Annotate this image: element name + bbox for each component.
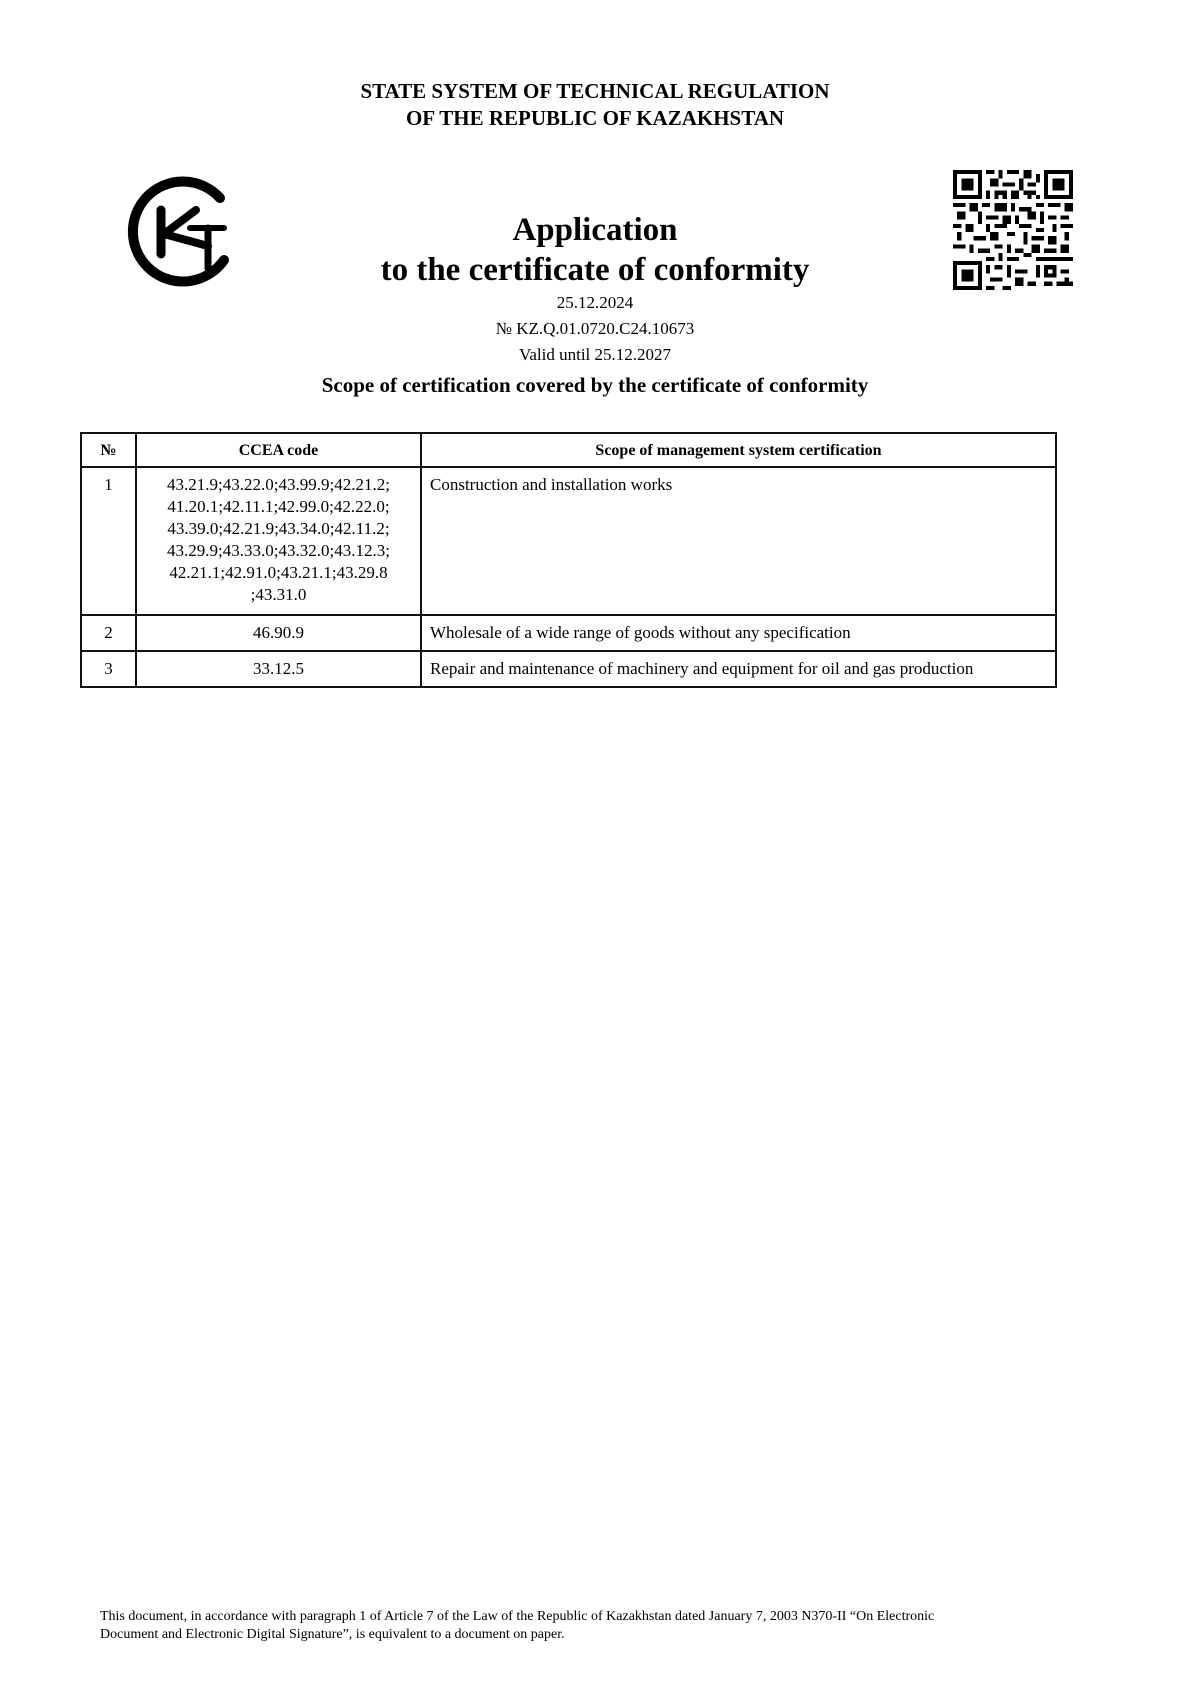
ccea-code-line: 43.21.9;43.22.0;43.99.9;42.21.2; [145,474,412,496]
certificate-number: № KZ.Q.01.0720.C24.10673 [0,316,1190,342]
table-header-row: № CCEA code Scope of management system c… [81,433,1056,467]
column-header-ccea-code: CCEA code [136,433,421,467]
document-subtitle: to the certificate of conformity [0,250,1190,290]
legal-footer-note: This document, in accordance with paragr… [100,1608,1070,1644]
row-number: 2 [81,615,136,651]
ccea-code-cell: 46.90.9 [136,615,421,651]
footer-line-1: This document, in accordance with paragr… [100,1608,1070,1626]
issuing-authority-header: STATE SYSTEM OF TECHNICAL REGULATION OF … [0,78,1190,132]
row-number: 1 [81,467,136,615]
header-line-2: OF THE REPUBLIC OF KAZAKHSTAN [0,105,1190,132]
table-row: 3 33.12.5 Repair and maintenance of mach… [81,651,1056,687]
footer-line-2: Document and Electronic Digital Signatur… [100,1626,1070,1644]
ccea-code-line: 43.29.9;43.33.0;43.32.0;43.12.3; [145,540,412,562]
ccea-code-cell: 33.12.5 [136,651,421,687]
column-header-scope: Scope of management system certification [421,433,1056,467]
ccea-code-cell: 43.21.9;43.22.0;43.99.9;42.21.2; 41.20.1… [136,467,421,615]
row-number: 3 [81,651,136,687]
document-title-block: Application to the certificate of confor… [0,210,1190,399]
document-title: Application [0,210,1190,250]
table-row: 2 46.90.9 Wholesale of a wide range of g… [81,615,1056,651]
ccea-code-line: 33.12.5 [145,658,412,680]
ccea-code-line: 41.20.1;42.11.1;42.99.0;42.22.0; [145,496,412,518]
column-header-number: № [81,433,136,467]
scope-title: Scope of certification covered by the ce… [0,371,1190,399]
issue-date: 25.12.2024 [0,290,1190,316]
valid-until: Valid until 25.12.2027 [0,342,1190,368]
ccea-code-line: 42.21.1;42.91.0;43.21.1;43.29.8 [145,562,412,584]
scope-cell: Repair and maintenance of machinery and … [421,651,1056,687]
scope-cell: Wholesale of a wide range of goods witho… [421,615,1056,651]
ccea-code-line: 43.39.0;42.21.9;43.34.0;42.11.2; [145,518,412,540]
ccea-code-line: 46.90.9 [145,622,412,644]
certification-scope-table: № CCEA code Scope of management system c… [80,432,1057,688]
ccea-code-line: ;43.31.0 [145,584,412,606]
scope-cell: Construction and installation works [421,467,1056,615]
header-line-1: STATE SYSTEM OF TECHNICAL REGULATION [0,78,1190,105]
table-row: 1 43.21.9;43.22.0;43.99.9;42.21.2; 41.20… [81,467,1056,615]
